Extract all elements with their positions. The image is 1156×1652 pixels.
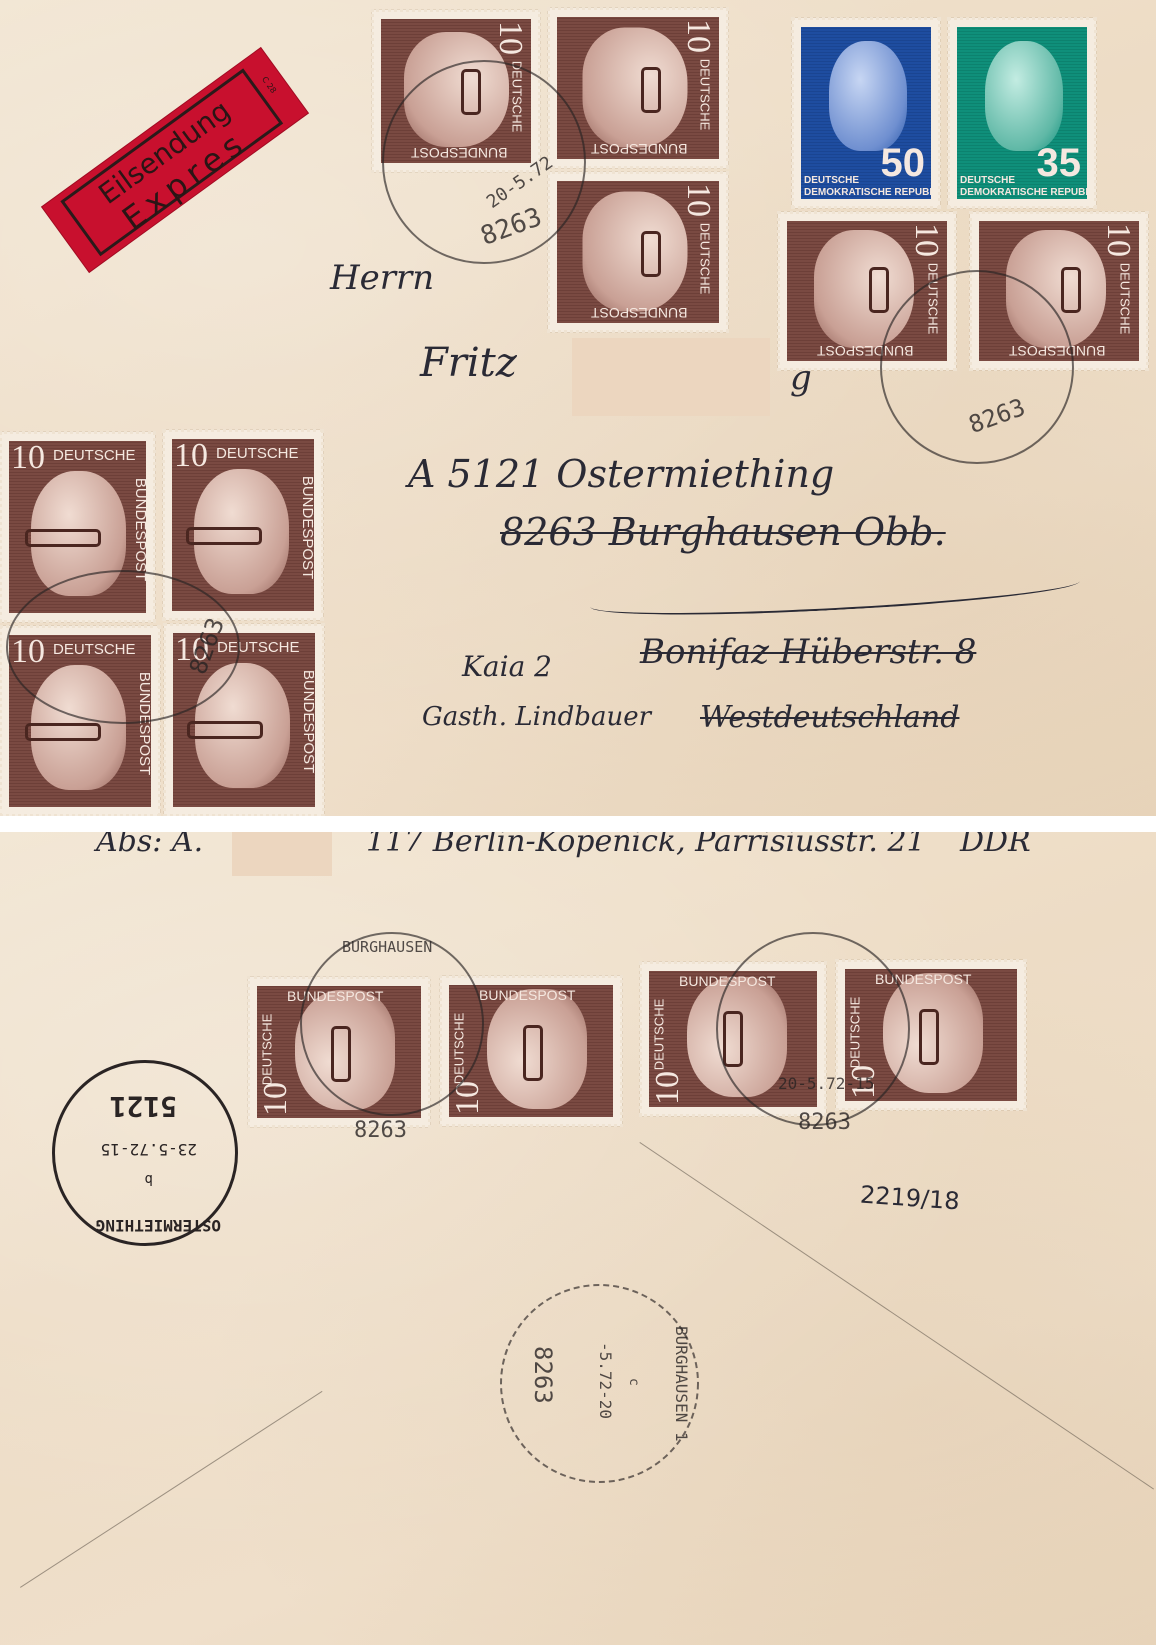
stamp-country-line1: DEUTSCHE <box>1118 263 1133 335</box>
address-old-country: Westdeutschland <box>700 700 959 735</box>
postmark-postcode: 8263 <box>184 614 230 678</box>
stamp-country-line1: DEUTSCHE <box>651 999 666 1071</box>
stamp-country-line1: DEUTSCHE <box>259 1014 274 1086</box>
postmark-burghausen-1: BURGHAUSEN 1 -5.72-20 c 8263 <box>500 1284 699 1483</box>
glasses-icon <box>869 267 889 313</box>
express-label-frame: Eilsendung Expres <box>60 68 283 256</box>
express-label: Eilsendung Expres C 28 <box>42 48 307 271</box>
sender-address: 117 Berlin-Köpenick, Parrisiusstr. 21 <box>366 832 926 859</box>
stamp-country-line2: BUNDESPOST <box>132 478 146 581</box>
glasses-icon <box>641 231 661 277</box>
redaction-block <box>232 832 332 876</box>
stamp-country-line2: BUNDESPOST <box>300 670 315 773</box>
portrait-icon <box>829 41 907 151</box>
portrait-icon <box>583 192 688 312</box>
postmark-burghausen: 8263 <box>880 270 1074 464</box>
stamp-value: 10 <box>681 183 715 217</box>
address-new-city: A 5121 Ostermiething <box>408 452 834 496</box>
stamp-country-line2: BUNDESPOST <box>299 476 314 579</box>
envelope-flap-edge <box>20 1391 322 1588</box>
stamp-country-line1: DEUTSCHE <box>960 175 1015 186</box>
portrait-icon <box>985 41 1063 151</box>
postmark-date: 20-5.72-15 <box>778 1074 874 1093</box>
postmark-date: 20-5.72 <box>483 152 557 213</box>
postmark-date: -5.72-20 <box>596 1342 615 1419</box>
stamp-country-line2: BUNDESPOST <box>591 305 687 321</box>
postmark-burghausen: BURGHAUSEN 8263 <box>300 932 484 1116</box>
glasses-icon <box>919 1009 939 1065</box>
stamp-value: 10 <box>174 439 208 473</box>
express-label-code: C 28 <box>260 75 278 95</box>
postmark-postcode: 5121 <box>110 1090 177 1123</box>
glasses-icon <box>187 721 263 739</box>
stamp-country-line1: DEUTSCHE <box>698 59 713 131</box>
glasses-icon <box>1061 267 1081 313</box>
postmark-postcode: 8263 <box>798 1110 851 1135</box>
sender-country: DDR <box>960 832 1031 859</box>
postmark-town: OSTERMIETHING <box>96 1216 221 1235</box>
postmark-postcode: 8263 <box>477 202 546 252</box>
stamp-country-line1: DEUTSCHE <box>216 445 299 462</box>
glasses-icon <box>641 67 661 113</box>
envelope-back: Abs: A. 117 Berlin-Köpenick, Parrisiusst… <box>0 832 1156 1645</box>
stamp-country-line1: DEUTSCHE <box>53 447 136 464</box>
glasses-icon <box>523 1025 543 1081</box>
address-name-suffix: g <box>790 358 812 398</box>
postmark-burghausen: 20-5.72-15 8263 <box>716 932 910 1126</box>
stamp-ddr-50: 50 DEUTSCHE DEMOKRATISCHE REPUBLIK <box>792 18 940 208</box>
stamp-value: 35 <box>1037 143 1082 183</box>
stamp-ddr-35: 35 DEUTSCHE DEMOKRATISCHE REPUBLIK <box>948 18 1096 208</box>
stamp-country-line2: DEMOKRATISCHE REPUBLIK <box>804 187 931 198</box>
address-old-street: Bonifaz Hüberstr. 8 <box>640 632 976 672</box>
underline-stroke <box>589 565 1080 623</box>
stamp-value: 10 <box>909 223 943 257</box>
glasses-icon <box>25 529 101 547</box>
postmark-letter: c <box>626 1378 641 1386</box>
glasses-icon <box>25 723 101 741</box>
postmark-date: 23-5.72-15 <box>101 1140 197 1159</box>
handwritten-number: 2219/18 <box>859 1181 960 1216</box>
stamp-value: 10 <box>11 441 45 475</box>
stamp-value: 10 <box>651 1071 685 1105</box>
stamp-country-line2: BUNDESPOST <box>591 141 687 157</box>
envelope-front: Eilsendung Expres C 28 10 DEUTSCHE BUNDE… <box>0 0 1156 816</box>
postmark-postcode: 8263 <box>354 1118 407 1143</box>
stamp-value: 50 <box>881 143 926 183</box>
postmark-ostermiething: OSTERMIETHING 23-5.72-15 b 5121 <box>52 1060 238 1246</box>
address-new-street: Kaia 2 <box>462 650 552 683</box>
portrait-icon <box>583 28 688 148</box>
address-salutation: Herrn <box>330 258 434 298</box>
stamp-value: 10 <box>259 1082 293 1116</box>
address-new-place: Gasth. Lindbauer <box>422 702 651 732</box>
postmark-letter: b <box>145 1171 153 1187</box>
postmark-town: BURGHAUSEN <box>342 938 432 956</box>
glasses-icon <box>186 527 262 545</box>
stamp-country-line1: DEUTSCHE <box>804 175 859 186</box>
postmark-burghausen: 8263 <box>6 570 240 724</box>
stamp-value: 10 <box>1101 223 1135 257</box>
stamp-country-line1: DEUTSCHE <box>698 223 713 295</box>
image-border <box>0 1645 1156 1652</box>
postmark-postcode: 8263 <box>965 393 1029 439</box>
postmark-town: BURGHAUSEN 1 <box>672 1326 691 1442</box>
stamp-country-line2: DEMOKRATISCHE REPUBLIK <box>960 187 1087 198</box>
postmark-postcode: 8263 <box>529 1346 557 1404</box>
stamp-value: 10 <box>681 19 715 53</box>
postmark-burghausen: 8263 20-5.72 <box>382 60 586 264</box>
address-name: Fritz <box>420 340 517 386</box>
stamp-value: 10 <box>493 21 527 55</box>
sender-prefix: Abs: A. <box>96 832 203 859</box>
redaction-block <box>572 338 770 416</box>
address-old-city: 8263 Burghausen Obb. <box>500 510 946 554</box>
stamp-country-line2: BUNDESPOST <box>479 987 575 1003</box>
